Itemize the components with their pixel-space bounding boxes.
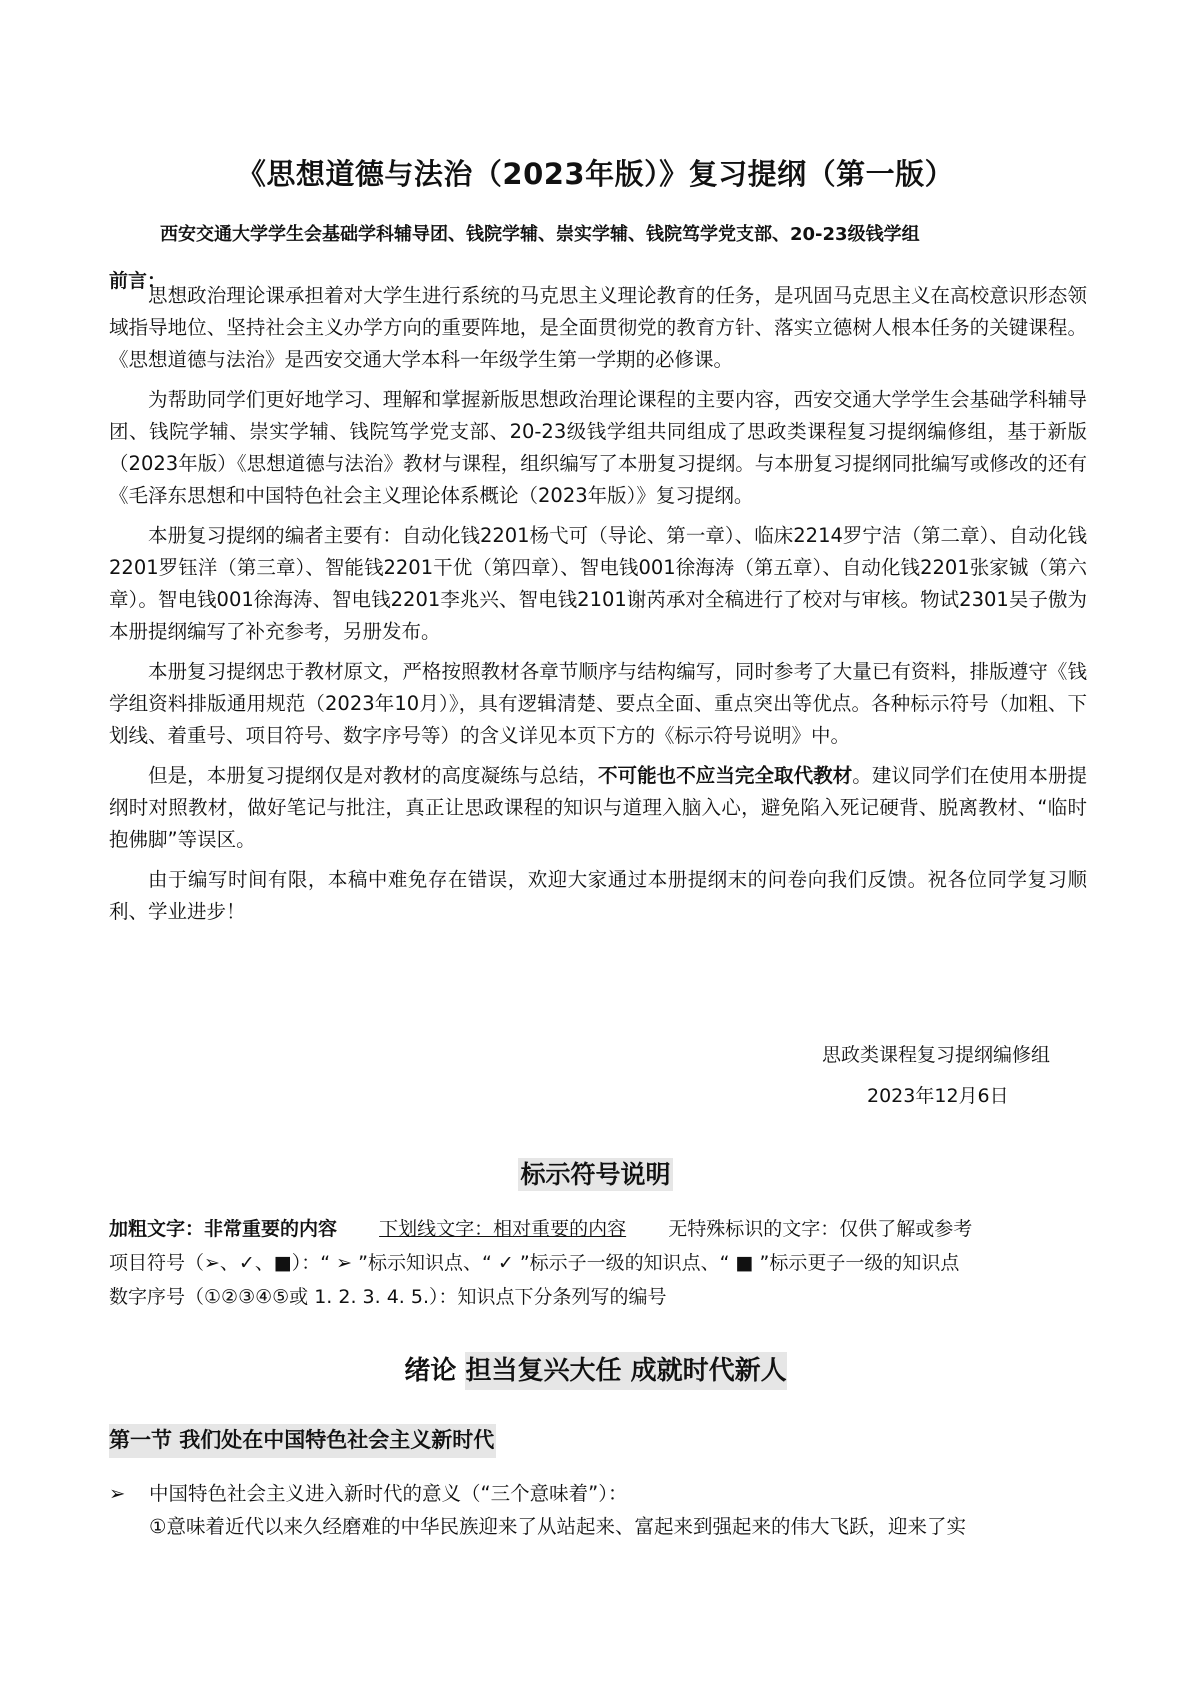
- preface-paragraph-5: 但是，本册复习提纲仅是对教材的高度凝练与总结，不可能也不应当完全取代教材。建议同…: [109, 760, 1087, 856]
- preface-paragraph-3: 本册复习提纲的编者主要有：自动化钱2201杨弋可（导论、第一章）、临床2214罗…: [109, 520, 1087, 648]
- arrowhead-bullet-icon: ➢: [109, 1482, 149, 1505]
- legend-underline-label: 下划线文字：相对重要的内容: [379, 1218, 626, 1240]
- preface-paragraph-1: 思想政治理论课承担着对大学生进行系统的马克思主义理论教育的任务，是巩固马克思主义…: [109, 280, 1087, 376]
- chapter-title-part2: 成就时代新人: [631, 1352, 787, 1390]
- chapter-title-part1: 担当复兴大任: [465, 1352, 621, 1390]
- legend-bold-label: 加粗文字：非常重要的内容: [109, 1218, 337, 1240]
- document-authors: 西安交通大学学生会基础学科辅导团、钱院学辅、崇实学辅、钱院笃学党支部、20-23…: [160, 220, 920, 246]
- knowledge-point: ➢中国特色社会主义进入新时代的意义（“三个意味着”）：: [109, 1478, 627, 1506]
- legend-numbers-row: 数字序号（①②③④⑤或 1. 2. 3. 4. 5.）：知识点下分条列写的编号: [109, 1282, 1099, 1309]
- preface-body: 思想政治理论课承担着对大学生进行系统的马克思主义理论教育的任务，是巩固马克思主义…: [109, 280, 1087, 936]
- chapter-heading: 绪论 担当复兴大任 成就时代新人: [0, 1350, 1191, 1387]
- preface-paragraph-4: 本册复习提纲忠于教材原文，严格按照教材各章节顺序与结构编写，同时参考了大量已有资…: [109, 656, 1087, 752]
- legend-plain-label: 无特殊标识的文字：仅供了解或参考: [668, 1218, 972, 1240]
- knowledge-item-1: ①意味着近代以来久经磨难的中华民族迎来了从站起来、富起来到强起来的伟大飞跃，迎来…: [149, 1511, 966, 1539]
- section-heading: 第一节 我们处在中国特色社会主义新时代: [109, 1424, 496, 1454]
- preface-paragraph-2: 为帮助同学们更好地学习、理解和掌握新版思想政治理论课程的主要内容，西安交通大学学…: [109, 384, 1087, 512]
- preface-p5-a: 但是，本册复习提纲仅是对教材的高度凝练与总结，: [148, 764, 598, 787]
- signature-group: 思政类课程复习提纲编修组: [822, 1040, 1050, 1067]
- legend-emphasis-row: 加粗文字：非常重要的内容 下划线文字：相对重要的内容 无特殊标识的文字：仅供了解…: [109, 1214, 1099, 1241]
- legend-bullets-row: 项目符号（➢、✓、■）：“ ➢ ”标示知识点、“ ✓ ”标示子一级的知识点、“ …: [109, 1248, 1099, 1275]
- document-page: 《思想道德与法治（2023年版）》复习提纲（第一版） 西安交通大学学生会基础学科…: [0, 0, 1191, 1684]
- document-title: 《思想道德与法治（2023年版）》复习提纲（第一版）: [0, 152, 1191, 193]
- preface-p5-emphasis: 不可能也不应当完全取代教材: [598, 764, 852, 787]
- preface-paragraph-6: 由于编写时间有限，本稿中难免存在错误，欢迎大家通过本册提纲末的问卷向我们反馈。祝…: [109, 864, 1087, 928]
- chapter-prefix: 绪论: [404, 1356, 456, 1386]
- signature-date: 2023年12月6日: [867, 1081, 1009, 1108]
- knowledge-point-text: 中国特色社会主义进入新时代的意义（“三个意味着”）：: [149, 1482, 627, 1505]
- legend-title: 标示符号说明: [0, 1155, 1191, 1191]
